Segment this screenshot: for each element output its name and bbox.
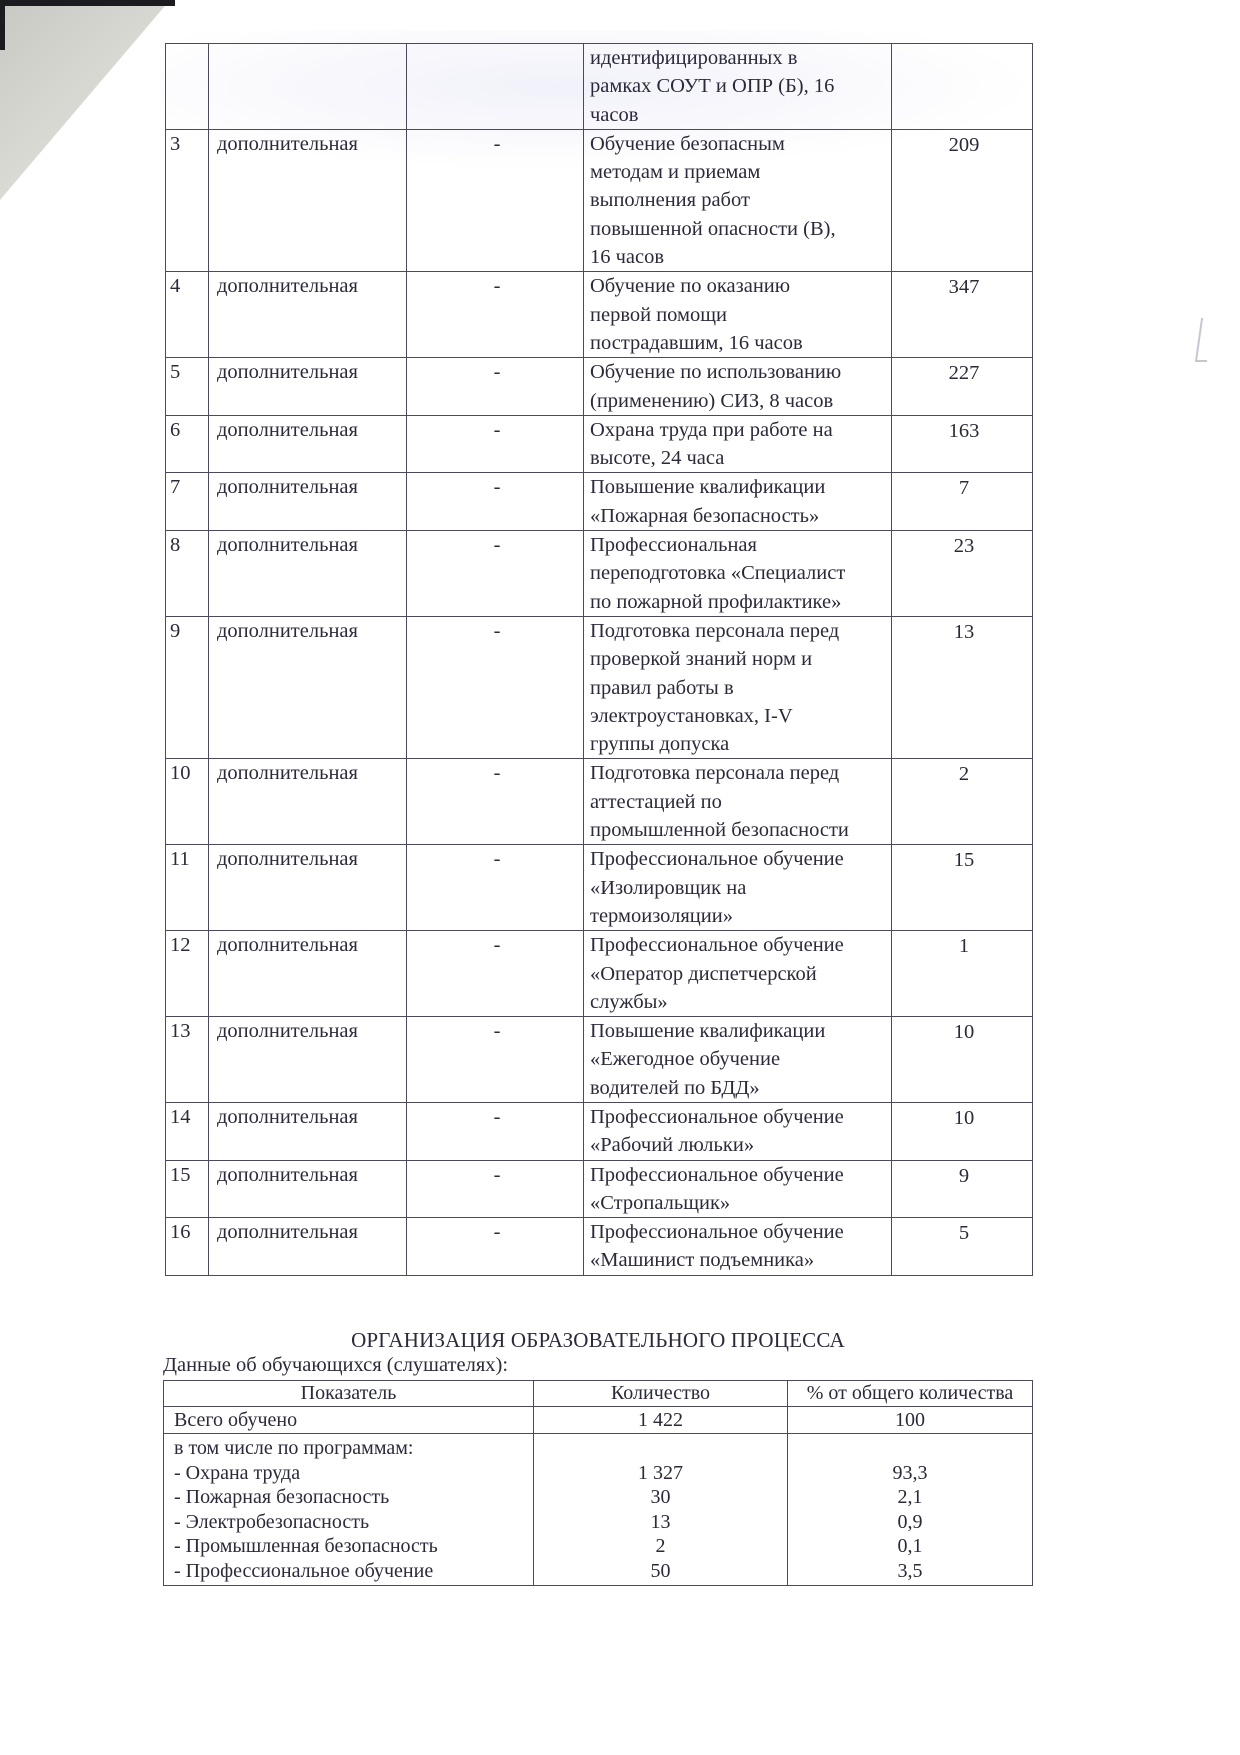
program-name: Профессиональное обучение«Стропальщик» xyxy=(584,1160,892,1218)
program-name-line: часов xyxy=(590,101,891,129)
program-count: 13 xyxy=(892,616,1033,758)
breakdown-item-label: - Профессиональное обучение xyxy=(174,1559,532,1584)
program-kind: дополнительная xyxy=(209,1102,407,1160)
program-dash: - xyxy=(407,1017,584,1103)
program-kind: дополнительная xyxy=(209,616,407,758)
program-number: 9 xyxy=(166,616,209,758)
program-number: 7 xyxy=(166,473,209,531)
breakdown-item-percent: 0,9 xyxy=(789,1510,1031,1535)
program-name-line: «Ежегодное обучение xyxy=(590,1045,891,1073)
program-name: идентифицированных врамках СОУТ и ОПР (Б… xyxy=(584,44,892,130)
program-dash: - xyxy=(407,272,584,358)
program-name: Повышение квалификации«Пожарная безопасн… xyxy=(584,473,892,531)
program-dash: - xyxy=(407,931,584,1017)
program-number: 12 xyxy=(166,931,209,1017)
program-row: 16дополнительная-Профессиональное обучен… xyxy=(166,1218,1033,1276)
program-number: 14 xyxy=(166,1102,209,1160)
program-count: 2 xyxy=(892,759,1033,845)
header-percent: % от общего количества xyxy=(788,1381,1033,1407)
program-name: Обучение по использованию(применению) СИ… xyxy=(584,358,892,416)
breakdown-labels: в том числе по программам: - Охрана труд… xyxy=(164,1434,534,1586)
program-row: 6дополнительная-Охрана труда при работе … xyxy=(166,415,1033,473)
program-name-line: Обучение безопасным xyxy=(590,130,891,158)
program-count: 209 xyxy=(892,129,1033,271)
program-count: 1 xyxy=(892,931,1033,1017)
students-table-header-row: Показатель Количество % от общего количе… xyxy=(164,1381,1033,1407)
program-kind: дополнительная xyxy=(209,1160,407,1218)
scan-edge-left xyxy=(0,0,5,50)
program-count: 10 xyxy=(892,1102,1033,1160)
program-row: 5дополнительная-Обучение по использовани… xyxy=(166,358,1033,416)
program-name-line: электроустановках, I-V xyxy=(590,702,891,730)
program-kind: дополнительная xyxy=(209,931,407,1017)
program-kind: дополнительная xyxy=(209,759,407,845)
program-number: 11 xyxy=(166,845,209,931)
program-count xyxy=(892,44,1033,130)
program-number: 15 xyxy=(166,1160,209,1218)
breakdown-item-percent: 3,5 xyxy=(789,1559,1031,1584)
scan-edge-top xyxy=(0,0,175,6)
program-dash: - xyxy=(407,845,584,931)
program-count: 347 xyxy=(892,272,1033,358)
program-count: 7 xyxy=(892,473,1033,531)
program-name-line: «Машинист подъемника» xyxy=(590,1246,891,1274)
program-name-line: «Пожарная безопасность» xyxy=(590,502,891,530)
program-name-line: промышленной безопасности xyxy=(590,816,891,844)
breakdown-item-quantity: 50 xyxy=(535,1559,786,1584)
header-indicator: Показатель xyxy=(164,1381,534,1407)
program-number: 10 xyxy=(166,759,209,845)
program-kind: дополнительная xyxy=(209,531,407,617)
scan-page-corner xyxy=(0,0,170,200)
breakdown-quantities: 1 3273013250 xyxy=(534,1434,788,1586)
program-name-line: Профессиональная xyxy=(590,531,891,559)
program-row: 3дополнительная-Обучение безопаснымметод… xyxy=(166,129,1033,271)
program-name-line: первой помощи xyxy=(590,301,891,329)
program-row: 14дополнительная-Профессиональное обучен… xyxy=(166,1102,1033,1160)
program-count: 23 xyxy=(892,531,1033,617)
program-name: Профессиональное обучение«Изолировщик на… xyxy=(584,845,892,931)
program-name-line: термоизоляции» xyxy=(590,902,891,930)
program-row: 12дополнительная-Профессиональное обучен… xyxy=(166,931,1033,1017)
program-number: 4 xyxy=(166,272,209,358)
program-name-line: «Рабочий люльки» xyxy=(590,1131,891,1159)
total-quantity: 1 422 xyxy=(534,1406,788,1434)
program-dash: - xyxy=(407,415,584,473)
program-dash: - xyxy=(407,129,584,271)
program-name: Подготовка персонала передпроверкой знан… xyxy=(584,616,892,758)
program-kind: дополнительная xyxy=(209,272,407,358)
program-name: Профессиональное обучение«Оператор диспе… xyxy=(584,931,892,1017)
breakdown-item-quantity: 1 327 xyxy=(535,1461,786,1486)
program-name-line: 16 часов xyxy=(590,243,891,271)
program-name: Обучение по оказаниюпервой помощипострад… xyxy=(584,272,892,358)
program-kind: дополнительная xyxy=(209,1218,407,1276)
program-name-line: водителей по БДД» xyxy=(590,1074,891,1102)
program-name: Профессиональное обучение«Машинист подъе… xyxy=(584,1218,892,1276)
program-number: 8 xyxy=(166,531,209,617)
program-row: 7дополнительная-Повышение квалификации«П… xyxy=(166,473,1033,531)
program-number: 3 xyxy=(166,129,209,271)
program-name-line: Профессиональное обучение xyxy=(590,1103,891,1131)
program-name-line: высоте, 24 часа xyxy=(590,444,891,472)
program-name-line: Обучение по использованию xyxy=(590,358,891,386)
program-name-line: Повышение квалификации xyxy=(590,1017,891,1045)
program-name-line: Профессиональное обучение xyxy=(590,931,891,959)
breakdown-item-label: - Пожарная безопасность xyxy=(174,1485,532,1510)
program-dash: - xyxy=(407,759,584,845)
breakdown-row: в том числе по программам: - Охрана труд… xyxy=(164,1434,1033,1586)
program-row: 4дополнительная-Обучение по оказаниюперв… xyxy=(166,272,1033,358)
program-kind: дополнительная xyxy=(209,845,407,931)
program-dash xyxy=(407,44,584,130)
program-row-continuation: идентифицированных врамках СОУТ и ОПР (Б… xyxy=(166,44,1033,130)
breakdown-percents: 93,32,10,90,13,5 xyxy=(788,1434,1033,1586)
program-name: Повышение квалификации«Ежегодное обучени… xyxy=(584,1017,892,1103)
total-row: Всего обучено 1 422 100 xyxy=(164,1406,1033,1434)
program-name-line: правил работы в xyxy=(590,674,891,702)
programs-table-body: идентифицированных врамках СОУТ и ОПР (Б… xyxy=(166,44,1033,1276)
program-name: Подготовка персонала передаттестацией по… xyxy=(584,759,892,845)
program-name-line: Повышение квалификации xyxy=(590,473,891,501)
students-table: Показатель Количество % от общего количе… xyxy=(163,1380,1033,1586)
program-row: 15дополнительная-Профессиональное обучен… xyxy=(166,1160,1033,1218)
program-count: 10 xyxy=(892,1017,1033,1103)
header-quantity: Количество xyxy=(534,1381,788,1407)
program-number xyxy=(166,44,209,130)
program-name-line: «Оператор диспетчерской xyxy=(590,960,891,988)
program-name-line: по пожарной профилактике» xyxy=(590,588,891,616)
pencil-mark xyxy=(1195,318,1213,362)
program-name: Профессиональнаяпереподготовка «Специали… xyxy=(584,531,892,617)
program-dash: - xyxy=(407,473,584,531)
breakdown-item-label: - Охрана труда xyxy=(174,1461,532,1486)
program-name-line: методам и приемам xyxy=(590,158,891,186)
program-name-line: повышенной опасности (В), xyxy=(590,215,891,243)
program-name-line: (применению) СИЗ, 8 часов xyxy=(590,387,891,415)
program-name-line: проверкой знаний норм и xyxy=(590,645,891,673)
program-kind: дополнительная xyxy=(209,1017,407,1103)
program-row: 13дополнительная-Повышение квалификации«… xyxy=(166,1017,1033,1103)
program-name: Охрана труда при работе навысоте, 24 час… xyxy=(584,415,892,473)
program-name: Профессиональное обучение«Рабочий люльки… xyxy=(584,1102,892,1160)
program-row: 9дополнительная-Подготовка персонала пер… xyxy=(166,616,1033,758)
program-kind xyxy=(209,44,407,130)
program-dash: - xyxy=(407,616,584,758)
program-count: 15 xyxy=(892,845,1033,931)
program-kind: дополнительная xyxy=(209,473,407,531)
program-row: 11дополнительная-Профессиональное обучен… xyxy=(166,845,1033,931)
programs-table: идентифицированных врамках СОУТ и ОПР (Б… xyxy=(165,43,1033,1276)
program-name-line: «Стропальщик» xyxy=(590,1189,891,1217)
breakdown-item-quantity: 2 xyxy=(535,1534,786,1559)
program-dash: - xyxy=(407,1218,584,1276)
section-subtitle: Данные об обучающихся (слушателях): xyxy=(163,1354,508,1377)
program-name-line: Профессиональное обучение xyxy=(590,845,891,873)
breakdown-heading: в том числе по программам: xyxy=(174,1436,532,1461)
program-name-line: Подготовка персонала перед xyxy=(590,759,891,787)
program-name-line: Охрана труда при работе на xyxy=(590,416,891,444)
program-dash: - xyxy=(407,358,584,416)
program-row: 10дополнительная-Подготовка персонала пе… xyxy=(166,759,1033,845)
program-kind: дополнительная xyxy=(209,129,407,271)
program-name-line: аттестацией по xyxy=(590,788,891,816)
program-row: 8дополнительная-Профессиональнаяпереподг… xyxy=(166,531,1033,617)
program-count: 5 xyxy=(892,1218,1033,1276)
section-title: ОРГАНИЗАЦИЯ ОБРАЗОВАТЕЛЬНОГО ПРОЦЕССА xyxy=(163,1328,1033,1353)
total-label: Всего обучено xyxy=(164,1406,534,1434)
program-dash: - xyxy=(407,1160,584,1218)
program-name-line: переподготовка «Специалист xyxy=(590,559,891,587)
breakdown-item-percent: 93,3 xyxy=(789,1461,1031,1486)
program-name-line: Профессиональное обучение xyxy=(590,1161,891,1189)
program-name-line: Подготовка персонала перед xyxy=(590,617,891,645)
program-name-line: идентифицированных в xyxy=(590,44,891,72)
program-dash: - xyxy=(407,1102,584,1160)
breakdown-item-label: - Электробезопасность xyxy=(174,1510,532,1535)
total-percent: 100 xyxy=(788,1406,1033,1434)
program-count: 9 xyxy=(892,1160,1033,1218)
program-number: 13 xyxy=(166,1017,209,1103)
program-number: 16 xyxy=(166,1218,209,1276)
program-count: 227 xyxy=(892,358,1033,416)
program-kind: дополнительная xyxy=(209,358,407,416)
breakdown-item-percent: 0,1 xyxy=(789,1534,1031,1559)
program-count: 163 xyxy=(892,415,1033,473)
program-name-line: Профессиональное обучение xyxy=(590,1218,891,1246)
breakdown-item-quantity: 13 xyxy=(535,1510,786,1535)
program-name-line: «Изолировщик на xyxy=(590,874,891,902)
breakdown-item-percent: 2,1 xyxy=(789,1485,1031,1510)
program-name-line: группы допуска xyxy=(590,730,891,758)
program-name-line: службы» xyxy=(590,988,891,1016)
program-name: Обучение безопаснымметодам и приемамвыпо… xyxy=(584,129,892,271)
program-name-line: пострадавшим, 16 часов xyxy=(590,329,891,357)
breakdown-item-quantity: 30 xyxy=(535,1485,786,1510)
program-kind: дополнительная xyxy=(209,415,407,473)
breakdown-item-label: - Промышленная безопасность xyxy=(174,1534,532,1559)
program-name-line: выполнения работ xyxy=(590,186,891,214)
program-number: 5 xyxy=(166,358,209,416)
program-name-line: рамках СОУТ и ОПР (Б), 16 xyxy=(590,72,891,100)
program-name-line: Обучение по оказанию xyxy=(590,272,891,300)
program-number: 6 xyxy=(166,415,209,473)
program-dash: - xyxy=(407,531,584,617)
